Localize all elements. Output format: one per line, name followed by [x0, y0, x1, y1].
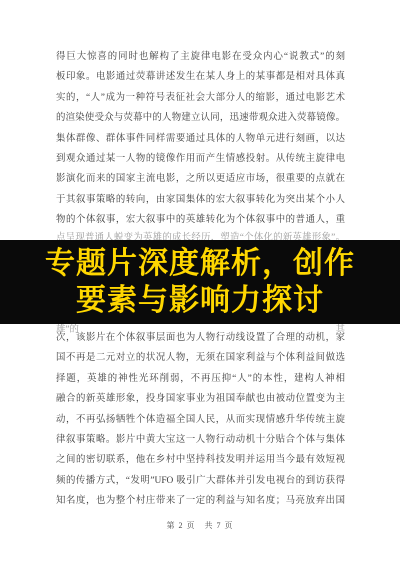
doc-text-line: 融合的新英雄形象，投身国家事业为祖国奉献也由被动位置变为主 [56, 389, 345, 409]
paragraph-block-bottom: 次，该影片在个体叙事层面也为人物行动线设置了合理的动机，家国不再是二元对立的状况… [56, 328, 345, 512]
document-page: 得巨大惊喜的同时也解构了主旋律电影在受众内心“说教式”的刻板印象。电影通过荧幕讲… [0, 0, 400, 566]
title-banner: 专题片深度解析，创作 要素与影响力探讨 [0, 240, 400, 324]
doc-text-line: 国不再是二元对立的状况人物，无须在国家利益与个体利益间做选 [56, 348, 345, 368]
doc-text-line: 择题，英雄的神性光环削弱，不再压抑“人”的本性，建构人神相 [56, 369, 345, 389]
doc-text-line: 影演化而来的国家主流电影，之所以更适应市场，很重要的点就在 [56, 169, 345, 189]
banner-title-line1: 专题片深度解析，创作 [45, 245, 355, 282]
doc-text-line: 动，不再弘扬牺牲个体造福全国人民，从而实现情感升华传统主旋 [56, 410, 345, 430]
doc-text-line: 到观众通过某一人物的镜像作用而产生情感投射。从传统主旋律电 [56, 149, 345, 169]
doc-text-line: 的渲染使受众与荧幕中的人物建立认同，迅速带观众进入荧幕镜像。 [56, 108, 345, 128]
doc-text-line: 频的传播方式，“发明”UFO 吸引广大群体并引发电视台的到访获得 [56, 471, 345, 491]
doc-text-line: 律叙事策略。影片中黄大宝这一人物行动动机十分贴合个体与集体 [56, 430, 345, 450]
obscured-fragment-right: 其 [336, 324, 345, 336]
doc-text-line: 于其叙事策略的转向，由家国集体的宏大叙事转化为突出某个小人 [56, 190, 345, 210]
doc-text-line: 集体群像、群体事件同样需要通过具体的人物单元进行刻画，以达 [56, 129, 345, 149]
obscured-fragment-left: 雄”的 [56, 324, 79, 336]
page-footer: 第 2 页 共 7 页 [0, 520, 400, 531]
obscured-fragments-row: 雄”的 其 [56, 324, 345, 336]
banner-title-line2: 要素与影响力探讨 [76, 282, 324, 319]
doc-text-line: 之间的密切联系，他在乡村中坚持科技发明并运用当今最有效短视 [56, 450, 345, 470]
doc-text-line: 实的，“人”成为一种符号表征社会大部分人的缩影，通过电影艺术 [56, 88, 345, 108]
doc-text-line: 板印象。电影通过荧幕讲述发生在某人身上的某事都是相对具体真 [56, 67, 345, 87]
doc-text-line: 知名度，也为整个村庄带来了一定的利益与知名度；马亮放弃出国 [56, 491, 345, 511]
paragraph-block-top: 得巨大惊喜的同时也解构了主旋律电影在受众内心“说教式”的刻板印象。电影通过荧幕讲… [56, 47, 345, 231]
doc-text-line: 得巨大惊喜的同时也解构了主旋律电影在受众内心“说教式”的刻 [56, 47, 345, 67]
